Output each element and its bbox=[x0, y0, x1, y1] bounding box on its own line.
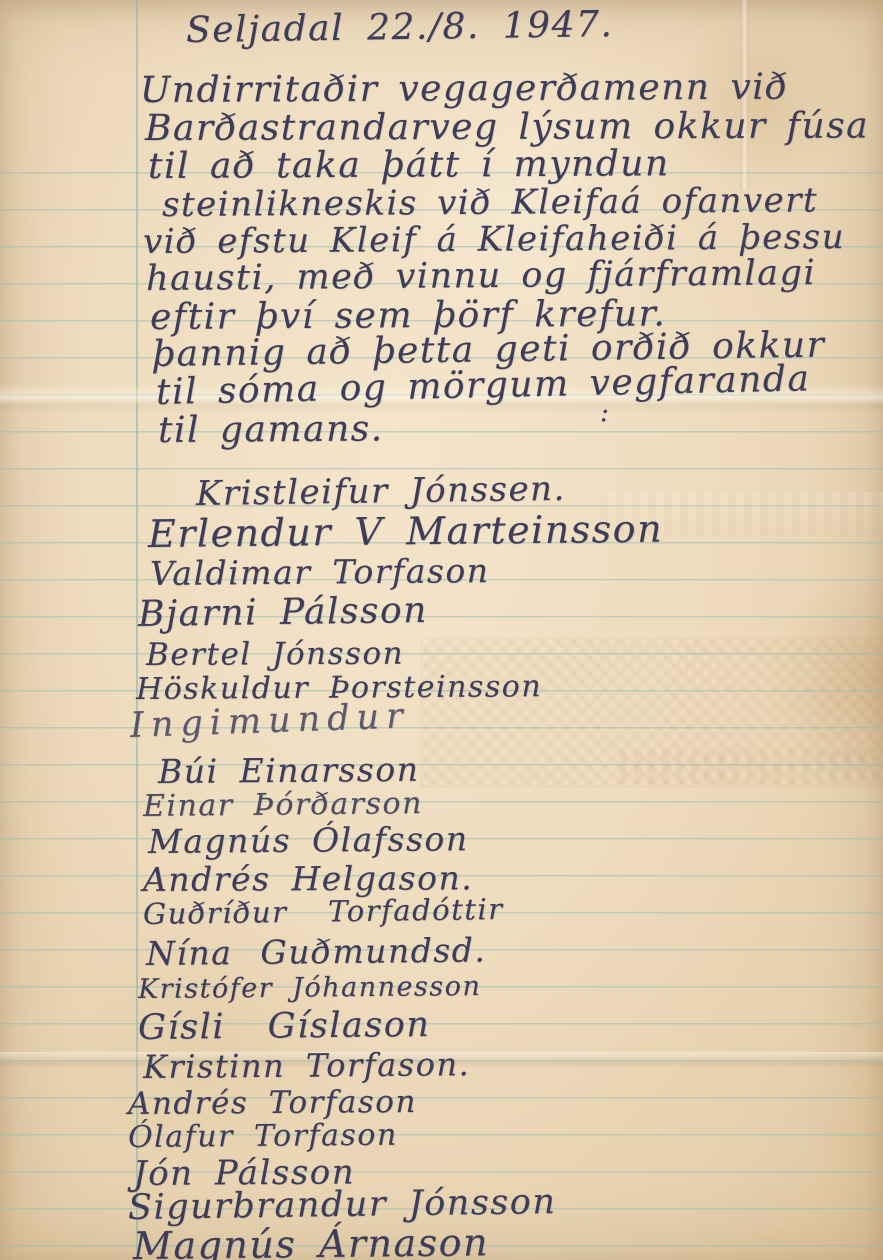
signature: Ólafur Torfason bbox=[128, 1118, 398, 1155]
signature: Andrés Torfason bbox=[128, 1084, 417, 1122]
signature: Valdimar Torfason bbox=[150, 551, 490, 593]
signature: Einar Þórðarson bbox=[143, 786, 423, 824]
signature: Erlendur V Marteinsson bbox=[148, 507, 663, 556]
scanned-letter: Seljadal 22./8. 1947. Undirritaðir vegag… bbox=[0, 0, 883, 1260]
dateline: Seljadal 22./8. 1947. bbox=[186, 4, 614, 51]
signature: Magnús Ólafsson bbox=[148, 819, 469, 861]
body-line: Undirritaðir vegagerðamenn við bbox=[140, 67, 789, 111]
body-line: Barðastrandarveg lýsum okkur fúsa bbox=[145, 105, 869, 149]
signature: Nína Guðmundsd. bbox=[146, 930, 487, 973]
signature: Bertel Jónsson bbox=[146, 636, 404, 673]
signature: Búi Einarsson bbox=[158, 750, 420, 791]
signature: Guðríður Torfadóttir bbox=[143, 892, 504, 931]
signature: Kristinn Torfason. bbox=[143, 1045, 470, 1086]
signature: Kristófer Jóhannesson bbox=[138, 971, 482, 1005]
body-line: til gamans. bbox=[158, 408, 384, 451]
body-line: hausti, með vinnu og fjárframlagi bbox=[146, 253, 816, 299]
signature: Bjarni Pálsson bbox=[138, 590, 428, 635]
signature: Gísli Gíslason bbox=[138, 1005, 431, 1048]
stray-ink-mark: : bbox=[600, 398, 610, 428]
signature: Magnús Árnason bbox=[133, 1220, 489, 1260]
body-line: til að taka þátt í myndun bbox=[148, 143, 670, 187]
